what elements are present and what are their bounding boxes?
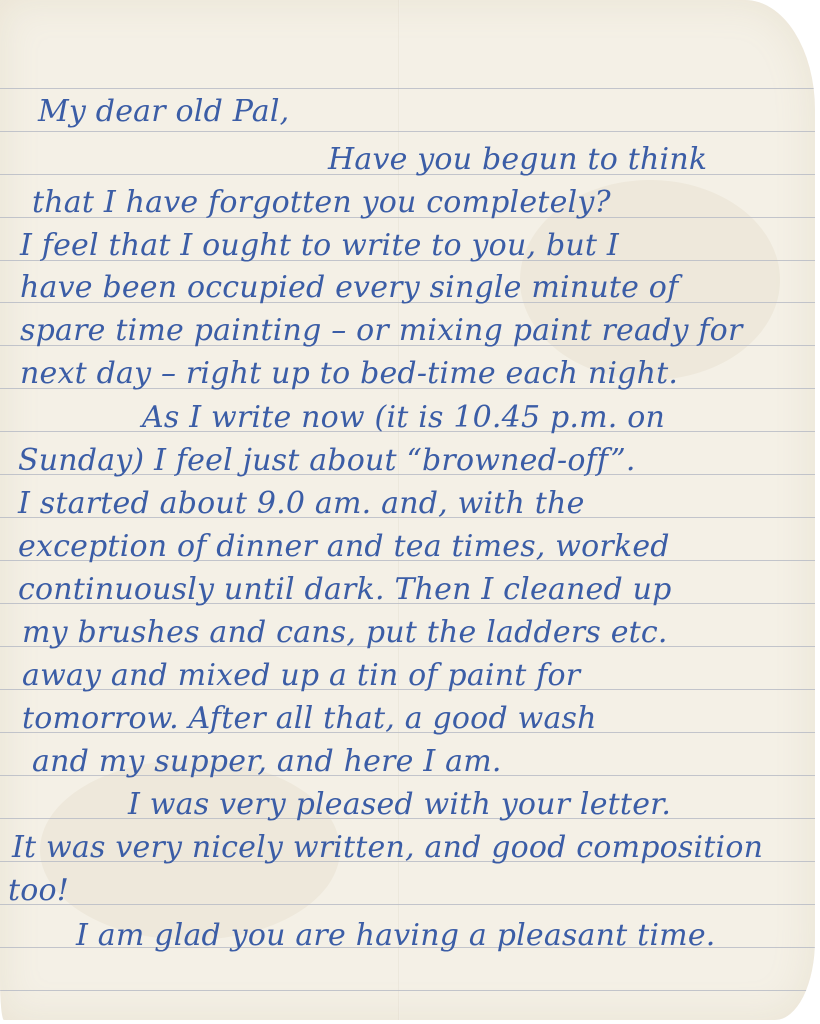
ruled-line [0,88,815,89]
letter-line: As I write now (it is 10.45 p.m. on [142,400,665,435]
letter-line: too! [8,873,69,908]
letter-paper: My dear old Pal, Have you begun to think… [0,0,815,1020]
letter-line: continuously until dark. Then I cleaned … [18,572,672,607]
letter-line: exception of dinner and tea times, worke… [18,529,670,564]
letter-line: that I have forgotten you completely? [32,185,611,220]
letter-line: tomorrow. After all that, a good wash [22,701,597,736]
ruled-line [0,990,815,991]
letter-line: spare time painting – or mixing paint re… [20,313,743,348]
letter-line: I am glad you are having a pleasant time… [76,918,716,953]
letter-line: Sunday) I feel just about “browned-off”. [18,443,636,478]
letter-line: have been occupied every single minute o… [20,270,678,305]
letter-line: It was very nicely written, and good com… [12,830,763,865]
letter-line: Have you begun to think [328,142,707,177]
letter-line: away and mixed up a tin of paint for [22,658,580,693]
ruled-line [0,131,815,132]
letter-line: and my supper, and here I am. [32,744,502,779]
ruled-line [0,904,815,905]
letter-line: next day – right up to bed-time each nig… [20,356,678,391]
salutation: My dear old Pal, [38,94,289,129]
letter-line: I feel that I ought to write to you, but… [20,228,619,263]
letter-line: I was very pleased with your letter. [128,787,671,822]
letter-line: my brushes and cans, put the ladders etc… [22,615,668,650]
letter-line: I started about 9.0 am. and, with the [18,486,585,521]
